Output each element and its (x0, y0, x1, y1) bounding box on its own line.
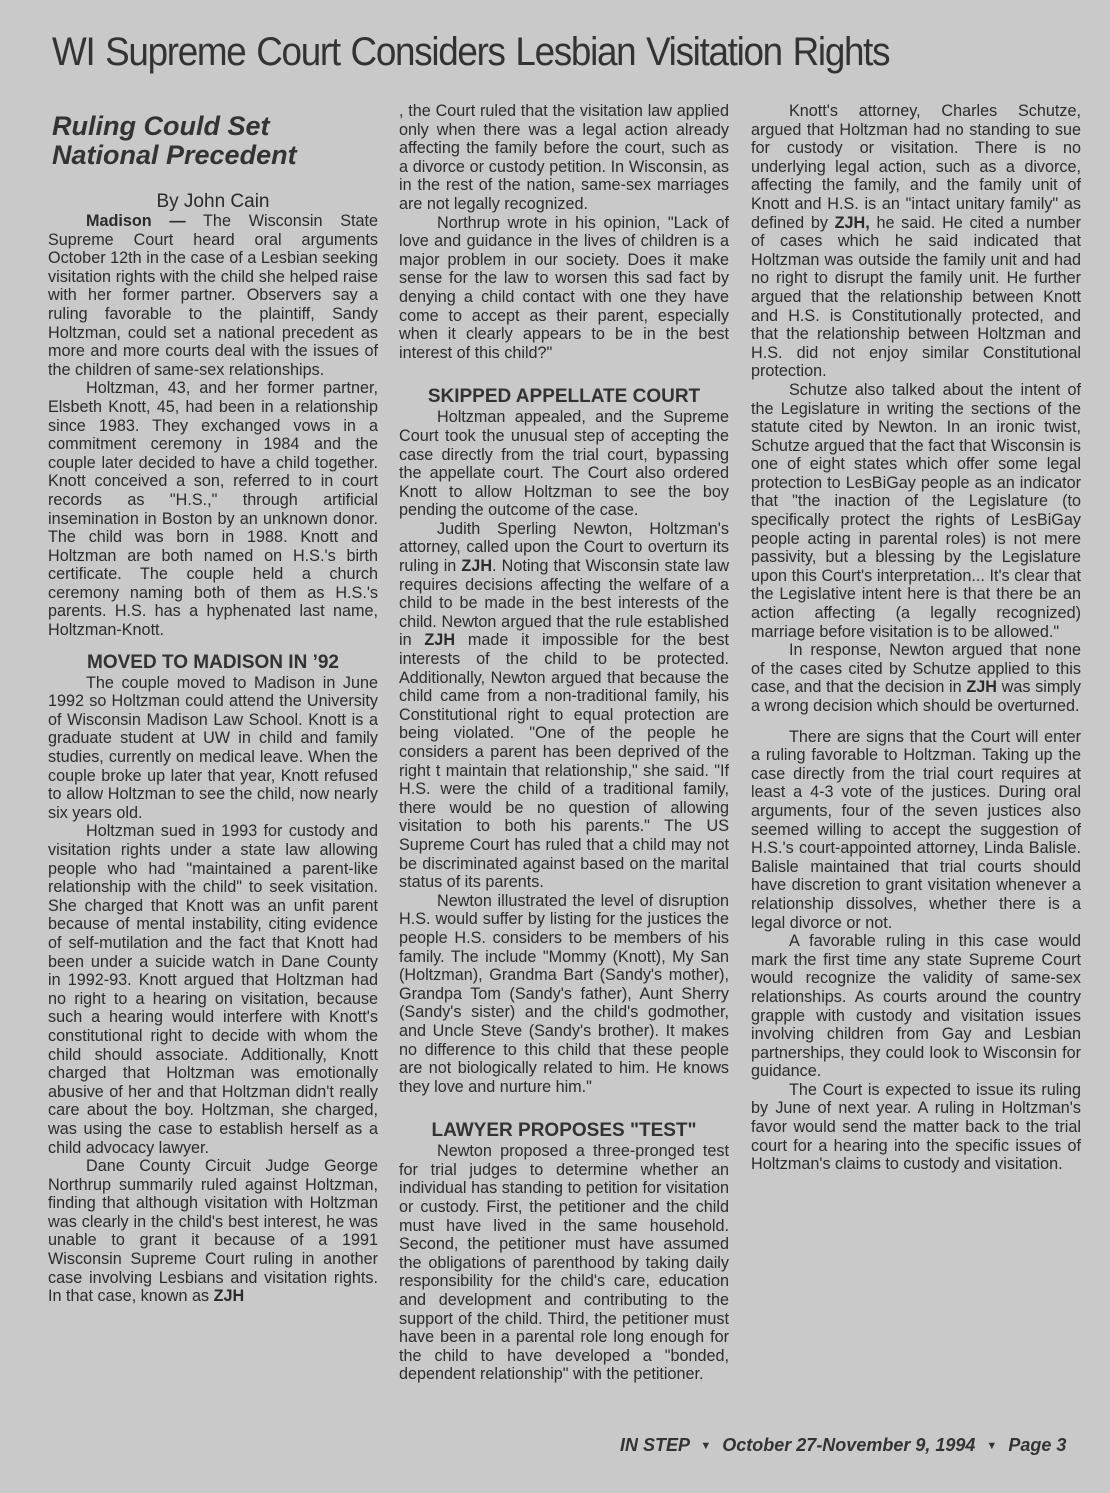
issue-dates: October 27-November 9, 1994 (722, 1435, 975, 1455)
paragraph: In response, Newton argued that none of … (751, 641, 1081, 715)
paragraph: Schutze also talked about the intent of … (751, 381, 1081, 641)
subheadline: Ruling Could Set National Precedent (52, 112, 378, 170)
paragraph: Holtzman appealed, and the Supreme Court… (399, 408, 729, 520)
dateline: Madison — (86, 212, 186, 230)
section-heading-moved: MOVED TO MADISON IN ’92 (48, 652, 378, 674)
triangle-down-icon: ▼ (700, 1440, 711, 1452)
paragraph: The Court is expected to issue its rulin… (751, 1081, 1081, 1174)
paragraph: The couple moved to Madison in June 1992… (48, 674, 378, 823)
paragraph: Dane County Circuit Judge George Northru… (48, 1157, 378, 1306)
paragraph: Judith Sperling Newton, Holtzman's attor… (399, 520, 729, 892)
article-column-3: Knott's attorney, Charles Schutze, argue… (751, 102, 1081, 1174)
publication-name: IN STEP (620, 1435, 689, 1455)
page-headline: WI Supreme Court Considers Lesbian Visit… (52, 30, 889, 75)
paragraph: Knott's attorney, Charles Schutze, argue… (751, 102, 1081, 381)
paragraph: Holtzman sued in 1993 for custody and vi… (48, 822, 378, 1157)
byline: By John Cain (48, 192, 378, 212)
page-footer: IN STEP ▼ October 27-November 9, 1994 ▼ … (620, 1435, 1066, 1456)
paragraph: There are signs that the Court will ente… (751, 728, 1081, 933)
paragraph: Holtzman, 43, and her former partner, El… (48, 379, 378, 639)
paragraph: Newton proposed a three-pronged test for… (399, 1142, 729, 1384)
section-heading-lawyer: LAWYER PROPOSES "TEST" (399, 1120, 729, 1142)
section-heading-skipped: SKIPPED APPELLATE COURT (399, 386, 729, 408)
paragraph: A favorable ruling in this case would ma… (751, 932, 1081, 1081)
page-number: Page 3 (1008, 1435, 1066, 1455)
article-column-1: Ruling Could Set National Precedent By J… (48, 102, 378, 1306)
paragraph: Madison — The Wisconsin State Supreme Co… (48, 212, 378, 379)
paragraph-continued: , the Court ruled that the visitation la… (399, 102, 729, 214)
paragraph: Newton illustrated the level of disrupti… (399, 892, 729, 1097)
triangle-down-icon: ▼ (986, 1440, 997, 1452)
article-column-2: , the Court ruled that the visitation la… (399, 102, 729, 1384)
paragraph: Northrup wrote in his opinion, "Lack of … (399, 214, 729, 363)
